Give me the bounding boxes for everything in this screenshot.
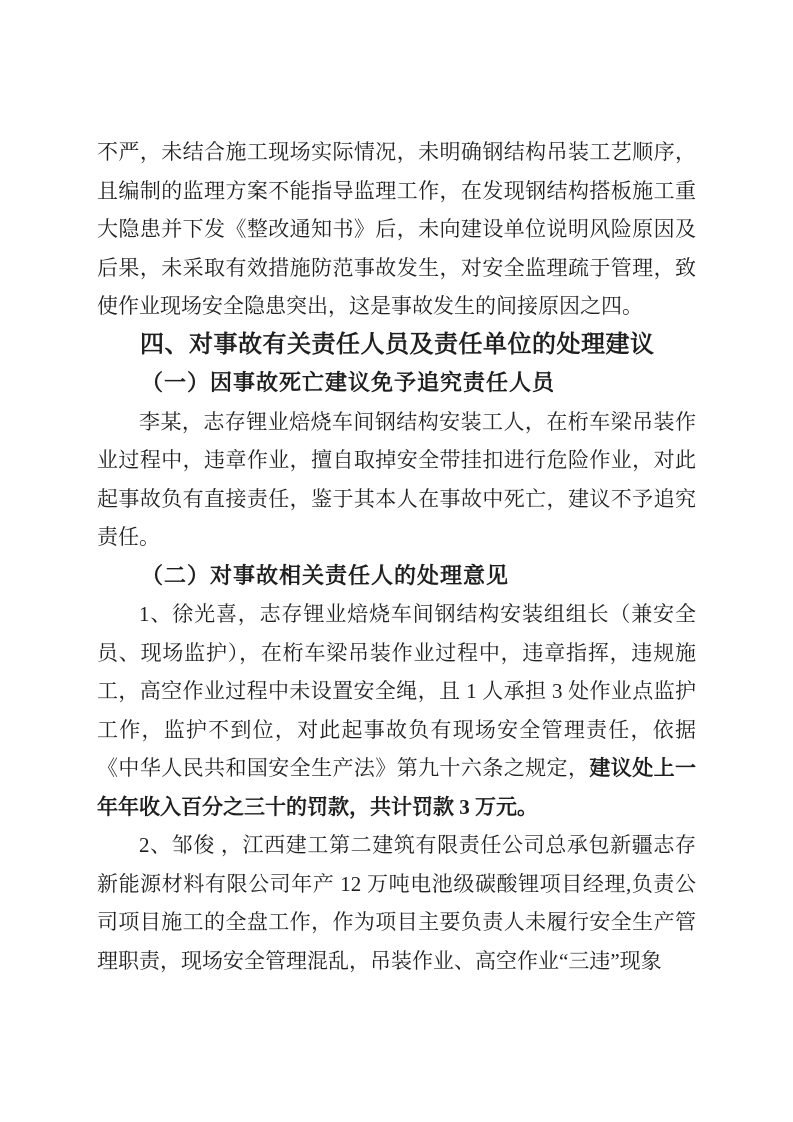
paragraph-xu-guangxi: 1、徐光喜，志存锂业焙烧车间钢结构安装组组长（兼安全员、现场监护），在桁车梁吊装…	[97, 595, 696, 826]
text-run: 1、徐光喜，志存锂业焙烧车间钢结构安装组组长（兼安全员、现场监护），在桁车梁吊装…	[97, 602, 696, 780]
document-body: 不严，未结合施工现场实际情况，未明确钢结构吊装工艺顺序，且编制的监理方案不能指导…	[97, 133, 696, 980]
paragraph-zou-jun: 2、邹俊 ，江西建工第二建筑有限责任公司总承包新疆志存新能源材料有限公司年产 1…	[97, 826, 696, 980]
text-run: 2、邹俊 ，江西建工第二建筑有限责任公司总承包新疆志存新能源材料有限公司年产 1…	[97, 833, 696, 973]
text-run: 不严，未结合施工现场实际情况，未明确钢结构吊装工艺顺序，且编制的监理方案不能指导…	[97, 140, 696, 318]
paragraph-indirect-cause-4-continuation: 不严，未结合施工现场实际情况，未明确钢结构吊装工艺顺序，且编制的监理方案不能指导…	[97, 133, 696, 326]
subsection-heading-2: （二）对事故相关责任人的处理意见	[97, 557, 696, 596]
text-run: （一）因事故死亡建议免予追究责任人员	[141, 370, 555, 395]
section-heading-4: 四、对事故有关责任人员及责任单位的处理建议	[97, 326, 696, 365]
subsection-heading-1: （一）因事故死亡建议免予追究责任人员	[97, 364, 696, 403]
document-page: 不严，未结合施工现场实际情况，未明确钢结构吊装工艺顺序，且编制的监理方案不能指导…	[0, 0, 793, 1122]
text-run: 李某，志存锂业焙烧车间钢结构安装工人，在桁车梁吊装作业过程中，违章作业，擅自取掉…	[97, 410, 696, 550]
paragraph-li-mou: 李某，志存锂业焙烧车间钢结构安装工人，在桁车梁吊装作业过程中，违章作业，擅自取掉…	[97, 403, 696, 557]
text-run: （二）对事故相关责任人的处理意见	[141, 563, 509, 588]
text-run: 四、对事故有关责任人员及责任单位的处理建议	[140, 331, 655, 358]
